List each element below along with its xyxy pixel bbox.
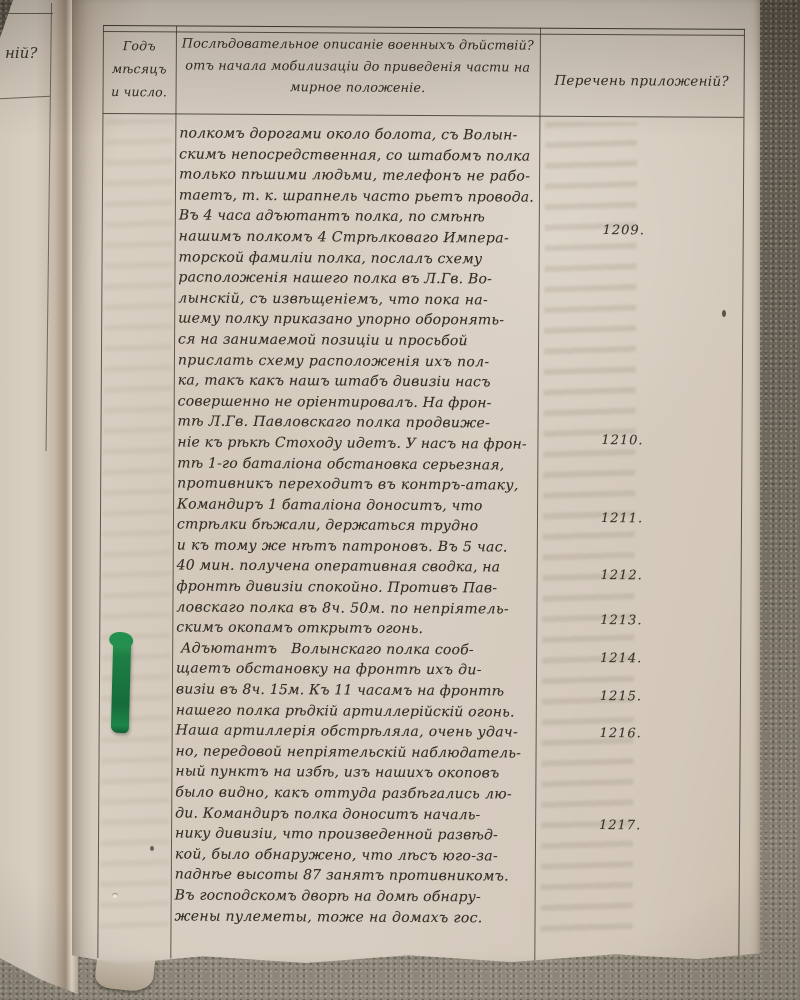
appendix-number: 1211. [567, 511, 677, 527]
photo-of-war-diary-page: ній? Годъ мѣсяцъ и число. Послѣдовательн… [0, 0, 800, 1000]
appendix-numbers-column: 1209.1210.1211.1212.1213.1214.1215.1216.… [66, 0, 760, 968]
prev-page-rule-bottom [0, 96, 50, 100]
appendix-number: 1209. [569, 223, 679, 239]
appendix-number: 1214. [566, 651, 676, 667]
paper-speck [722, 310, 726, 317]
diary-page: Годъ мѣсяцъ и число. Послѣдовательное оп… [72, 0, 760, 964]
previous-page-edge: ній? [0, 0, 78, 994]
appendix-number: 1212. [567, 568, 677, 584]
appendix-number: 1217. [565, 818, 675, 834]
diary-table: Годъ мѣсяцъ и число. Послѣдовательное оп… [66, 0, 760, 968]
paper-hole [112, 893, 118, 898]
appendix-number: 1213. [566, 613, 676, 629]
bookmark-ribbon [111, 639, 131, 733]
appendix-number: 1216. [566, 726, 676, 742]
paper-speck [150, 846, 154, 851]
prev-page-rule-top [0, 13, 53, 14]
prev-page-border-line [46, 3, 52, 451]
prev-page-fragment: ній? [5, 44, 37, 62]
appendix-number: 1215. [566, 689, 676, 705]
appendix-number: 1210. [567, 433, 677, 449]
